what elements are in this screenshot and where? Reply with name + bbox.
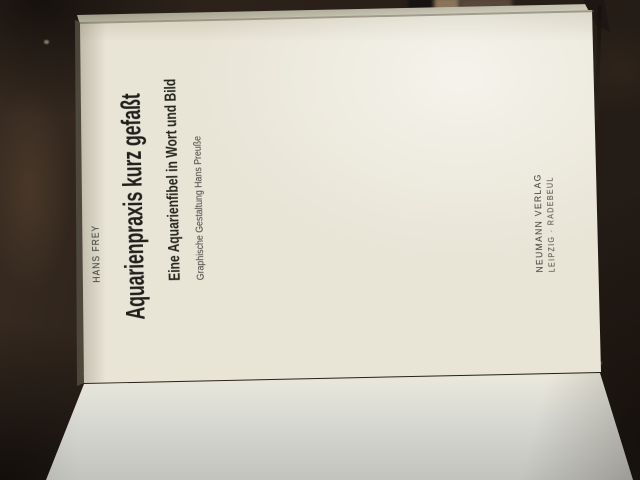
- publisher-location: LEIPZIG · RADEBEUL: [546, 176, 556, 272]
- design-credit: Graphische Gestaltung Hans Preuße: [193, 136, 206, 280]
- photo-of-open-book: HANS FREY Aquarienpraxis kurz gefaßt Ein…: [0, 0, 640, 480]
- book-author: HANS FREY: [91, 225, 102, 283]
- book-pages-under: [0, 373, 640, 480]
- book-subtitle: Eine Aquarienfibel in Wort und Bild: [163, 79, 183, 281]
- title-page-text: HANS FREY Aquarienpraxis kurz gefaßt Ein…: [71, 0, 599, 380]
- publisher-name: NEUMANN VERLAG: [533, 173, 545, 272]
- table-speck: [44, 40, 49, 44]
- book-title: Aquarienpraxis kurz gefaßt: [118, 93, 150, 320]
